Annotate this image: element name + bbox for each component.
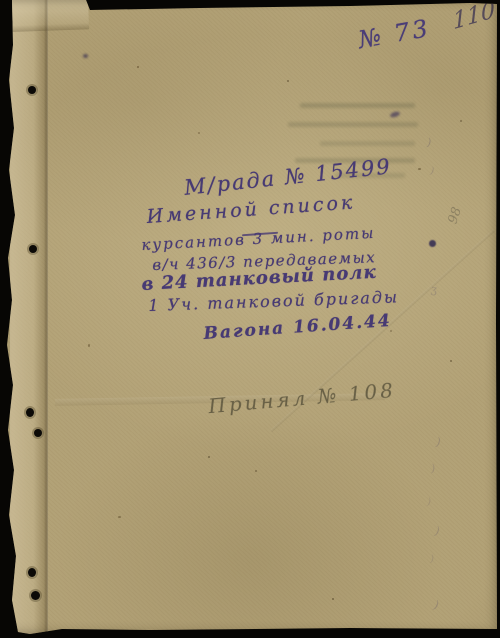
paper-edge-shading — [0, 0, 500, 638]
document-scan: ) ) ʒ ) ) ) ) ) ) 110 № 73 М/рада № 1549… — [0, 0, 500, 638]
paper-page: ) ) ʒ ) ) ) ) ) ) 110 № 73 М/рада № 1549… — [0, 0, 500, 638]
